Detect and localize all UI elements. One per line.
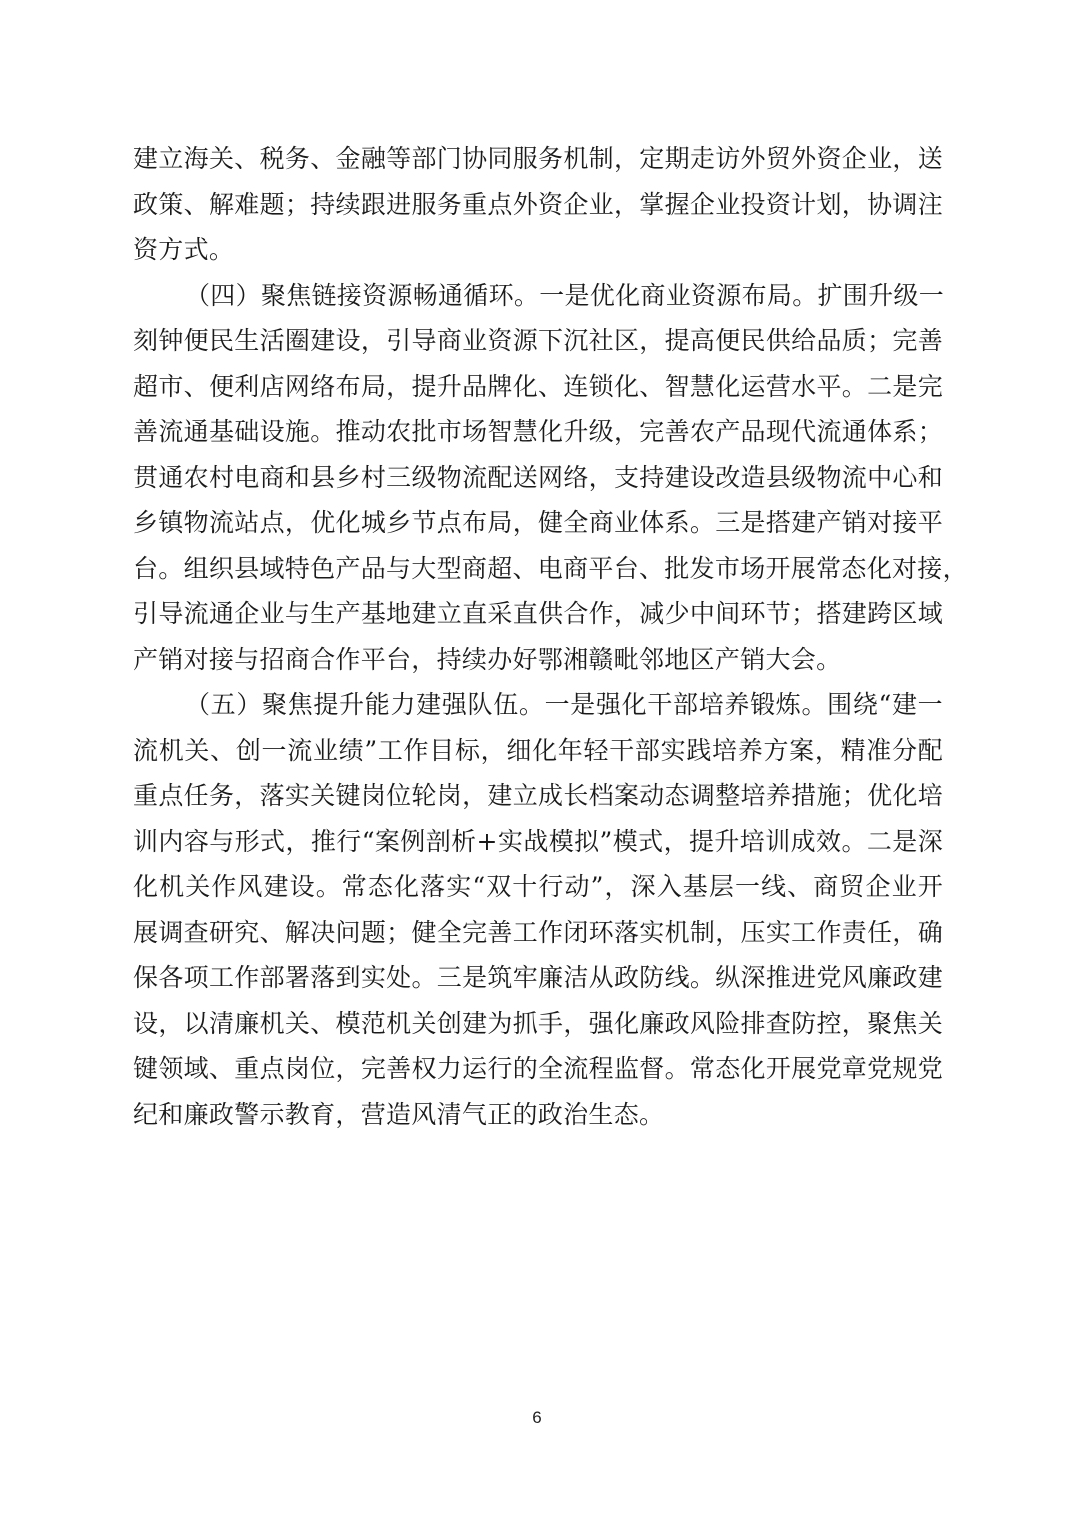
text-line: 保各项工作部署落到实处。三是筑牢廉洁从政防线。纵深推进党风廉政建 xyxy=(133,955,943,1001)
text-line: 键领域、重点岗位，完善权力运行的全流程监督。常态化开展党章党规党 xyxy=(133,1046,943,1092)
text-line: 产销对接与招商合作平台，持续办好鄂湘赣毗邻地区产销大会。 xyxy=(133,637,943,683)
text-line: 引导流通企业与生产基地建立直采直供合作，减少中间环节；搭建跨区域 xyxy=(133,591,943,637)
text-line: 纪和廉政警示教育，营造风清气正的政治生态。 xyxy=(133,1092,943,1138)
text-line: 训内容与形式，推行“案例剖析+实战模拟”模式，提升培训成效。二是深 xyxy=(133,819,943,865)
text-line: 刻钟便民生活圈建设，引导商业资源下沉社区，提高便民供给品质；完善 xyxy=(133,318,943,364)
text-line: 贯通农村电商和县乡村三级物流配送网络，支持建设改造县级物流中心和 xyxy=(133,455,943,501)
text-line: 超市、便利店网络布局，提升品牌化、连锁化、智慧化运营水平。二是完 xyxy=(133,364,943,410)
text-line: 乡镇物流站点，优化城乡节点布局，健全商业体系。三是搭建产销对接平 xyxy=(133,500,943,546)
text-line: 善流通基础设施。推动农批市场智慧化升级，完善农产品现代流通体系； xyxy=(133,409,943,455)
section-heading-line: （五）聚焦提升能力建强队伍。一是强化干部培养锻炼。围绕“建一 xyxy=(133,682,943,728)
text-line: 重点任务，落实关键岗位轮岗，建立成长档案动态调整培养措施；优化培 xyxy=(133,773,943,819)
text-line: 资方式。 xyxy=(133,227,943,273)
text-line: 化机关作风建设。常态化落实“双十行动”，深入基层一线、商贸企业开 xyxy=(133,864,943,910)
page-number: 6 xyxy=(0,1408,1074,1428)
document-page: 建立海关、税务、金融等部门协同服务机制，定期走访外贸外资企业，送 政策、解难题；… xyxy=(0,0,1074,1520)
text-line: 台。组织县域特色产品与大型商超、电商平台、批发市场开展常态化对接， xyxy=(133,546,943,592)
paragraph-continuation: 建立海关、税务、金融等部门协同服务机制，定期走访外贸外资企业，送 政策、解难题；… xyxy=(133,136,943,273)
text-line: 流机关、创一流业绩”工作目标，细化年轻干部实践培养方案，精准分配 xyxy=(133,728,943,774)
text-line: 政策、解难题；持续跟进服务重点外资企业，掌握企业投资计划，协调注 xyxy=(133,182,943,228)
text-line: 设，以清廉机关、模范机关创建为抓手，强化廉政风险排查防控，聚焦关 xyxy=(133,1001,943,1047)
text-line: 展调查研究、解决问题；健全完善工作闭环落实机制，压实工作责任，确 xyxy=(133,910,943,956)
section-heading-line: （四）聚焦链接资源畅通循环。一是优化商业资源布局。扩围升级一 xyxy=(133,273,943,319)
paragraph-section-5: （五）聚焦提升能力建强队伍。一是强化干部培养锻炼。围绕“建一 流机关、创一流业绩… xyxy=(133,682,943,1137)
text-line: 建立海关、税务、金融等部门协同服务机制，定期走访外贸外资企业，送 xyxy=(133,136,943,182)
document-body: 建立海关、税务、金融等部门协同服务机制，定期走访外贸外资企业，送 政策、解难题；… xyxy=(133,136,943,1137)
paragraph-section-4: （四）聚焦链接资源畅通循环。一是优化商业资源布局。扩围升级一 刻钟便民生活圈建设… xyxy=(133,273,943,683)
